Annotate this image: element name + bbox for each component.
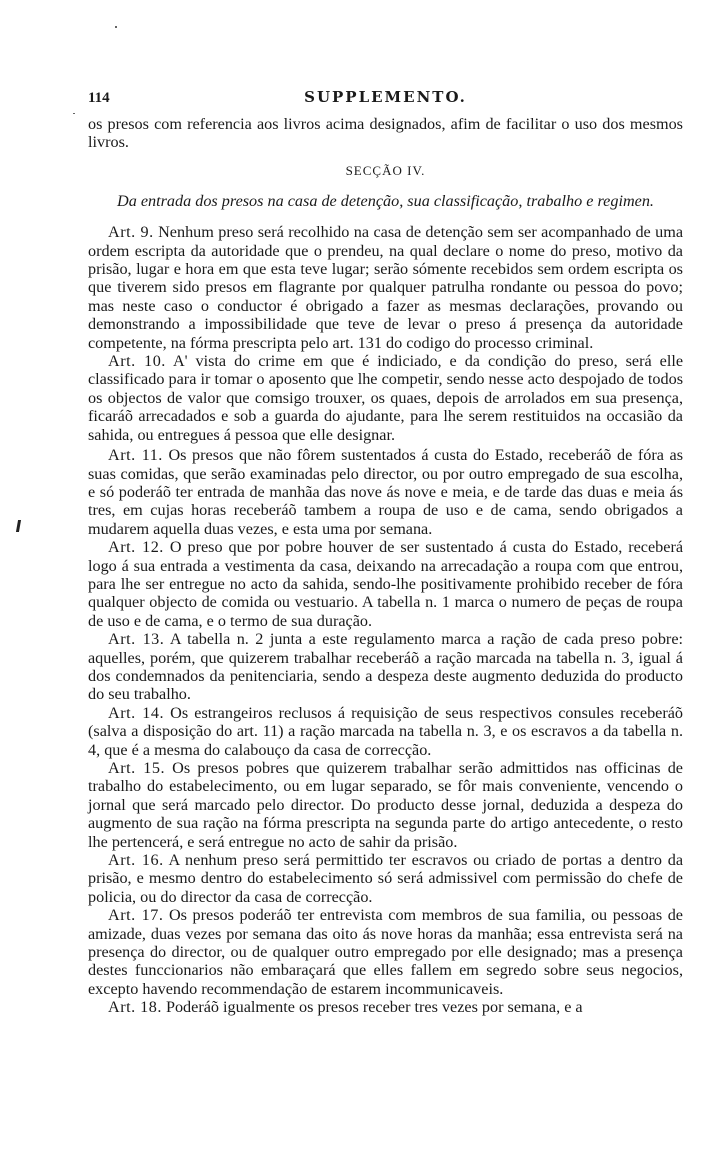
page-header: 114 SUPPLEMENTO. bbox=[88, 88, 683, 112]
article-label: Art. 18. bbox=[108, 998, 162, 1016]
article-15: Art. 15. Os presos pobres que quizerem t… bbox=[88, 759, 683, 851]
article-text: Os presos poderáõ ter entrevista com mem… bbox=[88, 906, 683, 998]
article-label: Art. 14. bbox=[108, 704, 164, 722]
article-label: Art. 12. bbox=[108, 538, 164, 556]
article-13: Art. 13. A tabella n. 2 junta a este reg… bbox=[88, 630, 683, 704]
article-label: Art. 11. bbox=[108, 446, 163, 464]
article-14: Art. 14. Os estrangeiros reclusos á requ… bbox=[88, 704, 683, 759]
article-text: Poderáõ igualmente os presos receber tre… bbox=[166, 998, 583, 1016]
article-18: Art. 18. Poderáõ igualmente os presos re… bbox=[88, 998, 683, 1016]
article-12: Art. 12. O preso que por pobre houver de… bbox=[88, 538, 683, 630]
article-10: Art. 10. A' vista do crime em que é indi… bbox=[88, 352, 683, 444]
article-text: A' vista do crime em que é indiciado, e … bbox=[88, 352, 683, 444]
article-11: Art. 11. Os presos que não fôrem sustent… bbox=[88, 446, 683, 538]
section-subtitle: Da entrada dos presos na casa de detençã… bbox=[88, 192, 683, 211]
article-text: O preso que por pobre houver de ser sust… bbox=[88, 538, 683, 630]
margin-mark bbox=[16, 520, 21, 532]
article-label: Art. 10. bbox=[108, 352, 166, 370]
article-label: Art. 16. bbox=[108, 851, 164, 869]
section-heading: SECÇÃO IV. bbox=[88, 162, 683, 180]
article-label: Art. 9. bbox=[108, 223, 154, 241]
article-label: Art. 17. bbox=[108, 906, 163, 924]
article-text: Nenhum preso será recolhido na casa de d… bbox=[88, 223, 683, 351]
article-label: Art. 13. bbox=[108, 630, 164, 648]
article-text: Os presos pobres que quizerem trabalhar … bbox=[88, 759, 683, 851]
article-text: A nenhum preso será permittido ter escra… bbox=[88, 851, 683, 906]
page-body: os presos com referencia aos livros acim… bbox=[88, 115, 683, 1017]
article-text: Os estrangeiros reclusos á requisição de… bbox=[88, 704, 683, 759]
running-title: SUPPLEMENTO. bbox=[88, 88, 683, 106]
article-label: Art. 15. bbox=[108, 759, 165, 777]
article-text: A tabella n. 2 junta a este regulamento … bbox=[88, 630, 683, 703]
article-16: Art. 16. A nenhum preso será permittido … bbox=[88, 851, 683, 906]
article-text: Os presos que não fôrem sustentados á cu… bbox=[88, 446, 683, 538]
article-17: Art. 17. Os presos poderáõ ter entrevist… bbox=[88, 906, 683, 998]
document-page: 114 SUPPLEMENTO. os presos com referenci… bbox=[0, 0, 725, 1158]
print-speck bbox=[73, 113, 75, 114]
article-9: Art. 9. Nenhum preso será recolhido na c… bbox=[88, 223, 683, 352]
continued-paragraph: os presos com referencia aos livros acim… bbox=[88, 115, 683, 152]
print-speck bbox=[115, 26, 117, 28]
